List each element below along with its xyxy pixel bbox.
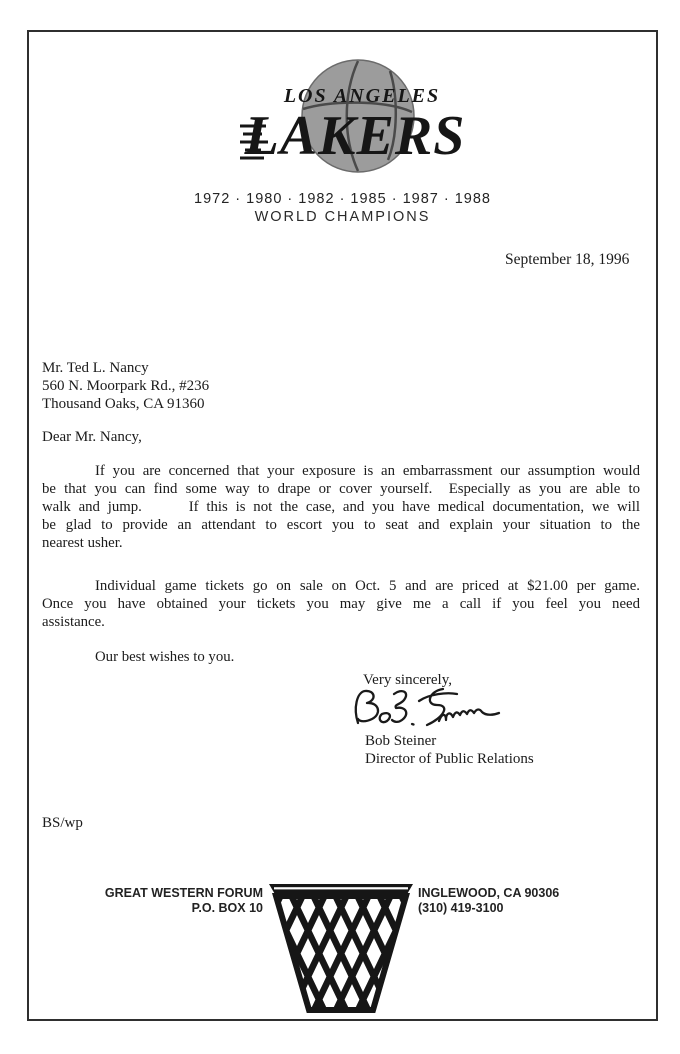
paragraph-line: Our best wishes to you. <box>42 648 640 666</box>
recipient-address-line1: 560 N. Moorpark Rd., #236 <box>42 377 209 395</box>
lakers-logo: LOS ANGELES LAKERS <box>240 54 470 184</box>
basketball-net-icon <box>269 884 413 1019</box>
recipient-address-block: Mr. Ted L. Nancy 560 N. Moorpark Rd., #2… <box>42 359 209 413</box>
signer-title: Director of Public Relations <box>365 751 534 768</box>
paragraph-line: be glad to provide an attendant to escor… <box>42 516 640 534</box>
footer-contact-block: INGLEWOOD, CA 90306 (310) 419-3100 <box>418 886 628 916</box>
scanned-letter-page: { "logo": { "city": "LOS ANGELES", "team… <box>0 0 680 1054</box>
footer-po-box: P.O. BOX 10 <box>42 901 263 916</box>
recipient-name: Mr. Ted L. Nancy <box>42 359 209 377</box>
reference-initials: BS/wp <box>42 815 83 832</box>
salutation: Dear Mr. Nancy, <box>42 429 142 446</box>
recipient-address-line2: Thousand Oaks, CA 91360 <box>42 395 209 413</box>
championship-years: 1972 · 1980 · 1982 · 1985 · 1987 · 1988 <box>29 191 656 207</box>
page-frame: LOS ANGELES LAKERS 1972 · 1980 · 1982 · … <box>27 30 658 1021</box>
footer-city-zip: INGLEWOOD, CA 90306 <box>418 886 628 901</box>
paragraph-line: walk and jump. If this is not the case, … <box>42 498 640 516</box>
logo-city-text: LOS ANGELES <box>282 85 439 107</box>
paragraph-line: If you are concerned that your exposure … <box>42 462 640 480</box>
paragraph-line: assistance. <box>42 613 640 631</box>
logo-team-text: LAKERS <box>243 105 465 167</box>
championship-title: WORLD CHAMPIONS <box>29 209 656 225</box>
letter-date: September 18, 1996 <box>505 251 629 269</box>
body-paragraph-2: Individual game tickets go on sale on Oc… <box>42 577 640 631</box>
signer-name: Bob Steiner <box>365 733 436 750</box>
basketball-logo-icon: LOS ANGELES LAKERS <box>240 54 470 179</box>
footer-venue-block: GREAT WESTERN FORUM P.O. BOX 10 <box>42 886 263 916</box>
footer-venue-name: GREAT WESTERN FORUM <box>42 886 263 901</box>
footer-phone: (310) 419-3100 <box>418 901 628 916</box>
body-paragraph-3: Our best wishes to you. <box>42 648 640 666</box>
body-paragraph-1: If you are concerned that your exposure … <box>42 462 640 552</box>
paragraph-line: Individual game tickets go on sale on Oc… <box>42 577 640 595</box>
paragraph-line: nearest usher. <box>42 534 640 552</box>
paragraph-line: be that you can find some way to drape o… <box>42 480 640 498</box>
handwritten-signature-icon <box>351 684 501 739</box>
paragraph-line: Once you have obtained your tickets you … <box>42 595 640 613</box>
